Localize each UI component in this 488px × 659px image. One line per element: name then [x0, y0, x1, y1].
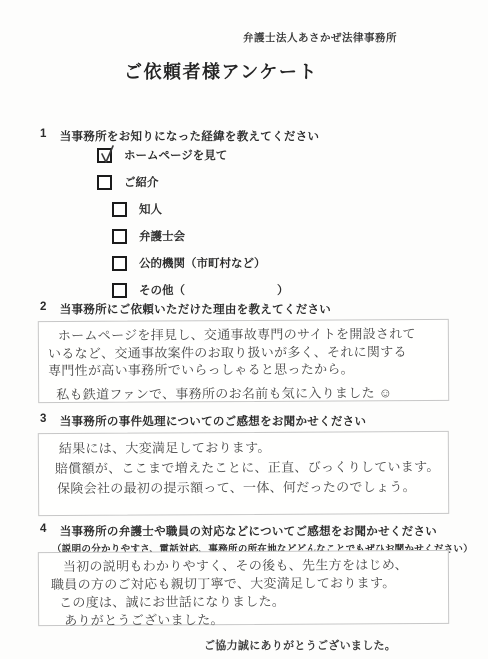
answer-box-q3: 結果には、大変満足しております。 賠償額が、ここまで増えたことに、正直、びっくり…	[38, 431, 449, 516]
answer-box-q4: 当初の説明もわかりやすく、その後も、先生方をはじめ、 職員の方のご対応も親切丁寧…	[38, 550, 449, 626]
handwritten-line: いるなど、交通事故案件のお取り扱いが多く、それに関する	[47, 342, 440, 362]
handwritten-line: 保険会社の最初の提示額って、一体、何だったのでしょう。	[47, 477, 440, 499]
survey-document: 弁護士法人あさかぜ法律事務所 ご依頼者様アンケート 1 当事務所をお知りになった…	[0, 0, 488, 659]
checkbox-unchecked	[97, 175, 112, 190]
checkbox-unchecked	[112, 256, 127, 271]
option-other: その他（ ）	[112, 282, 289, 298]
option-label: 知人	[139, 201, 162, 217]
checkbox-unchecked	[112, 283, 127, 298]
handwritten-line: この度は、誠にお世話になりました。	[47, 592, 440, 612]
question-2-text: 当事務所にご依頼いただけた理由を教えてください	[60, 301, 331, 317]
option-bar-association: 弁護士会	[112, 228, 185, 244]
question-4-text: 当事務所の弁護士や職員の対応などについてご感想をお聞かせください	[60, 523, 437, 539]
page-title: ご依頼者様アンケート	[124, 58, 318, 84]
question-2: 2 当事務所にご依頼いただけた理由を教えてください	[40, 301, 331, 317]
handwritten-line: ホームページを拝見し、交通事故専門のサイトを開設されて	[47, 325, 440, 345]
option-referral: ご紹介	[97, 174, 159, 190]
option-homepage: ホームページを見て	[97, 147, 227, 163]
handwritten-line: 当初の説明もわかりやすく、その後も、先生方をはじめ、	[47, 556, 440, 576]
option-label: ホームページを見て	[124, 147, 227, 163]
option-acquaintance: 知人	[112, 201, 162, 217]
option-label: 弁護士会	[139, 228, 185, 244]
handwritten-line: 結果には、大変満足しております。	[47, 437, 440, 459]
option-public-agency: 公的機関（市町村など）	[112, 255, 266, 271]
answer-box-q2: ホームページを拝見し、交通事故専門のサイトを開設されて いるなど、交通事故案件の…	[38, 319, 449, 403]
question-4-number: 4	[40, 523, 47, 539]
checkbox-checked	[97, 148, 112, 163]
handwritten-line: 私も鉄道ファンで、事務所のお名前も気に入りました ☺	[47, 383, 440, 403]
checkbox-unchecked	[112, 202, 127, 217]
checkmark-icon	[98, 142, 118, 166]
option-label: その他（ ）	[139, 282, 289, 298]
question-3-number: 3	[40, 413, 47, 429]
handwritten-line: 専門性が高い事務所でいらっしゃると思ったから。	[47, 360, 440, 380]
option-label: 公的機関（市町村など）	[139, 255, 266, 271]
option-label: ご紹介	[124, 174, 159, 190]
question-3-text: 当事務所の事件処理についてのご感想をお聞かせください	[60, 413, 367, 429]
closing-thanks: ご協力誠にありがとうございました。	[204, 637, 396, 653]
handwritten-line: 職員の方のご対応も親切丁寧で、大変満足しております。	[47, 574, 440, 594]
org-name: 弁護士法人あさかぜ法律事務所	[243, 30, 397, 45]
handwritten-line: ありがとうございました。	[47, 610, 440, 630]
question-2-number: 2	[40, 301, 47, 317]
question-3: 3 当事務所の事件処理についてのご感想をお聞かせください	[40, 413, 366, 429]
question-1-number: 1	[40, 128, 47, 144]
handwritten-line: 賠償額が、ここまで増えたことに、正直、びっくりしています。	[47, 457, 440, 479]
checkbox-unchecked	[112, 229, 127, 244]
question-1: 1 当事務所をお知りになった経緯を教えてください	[40, 128, 319, 144]
